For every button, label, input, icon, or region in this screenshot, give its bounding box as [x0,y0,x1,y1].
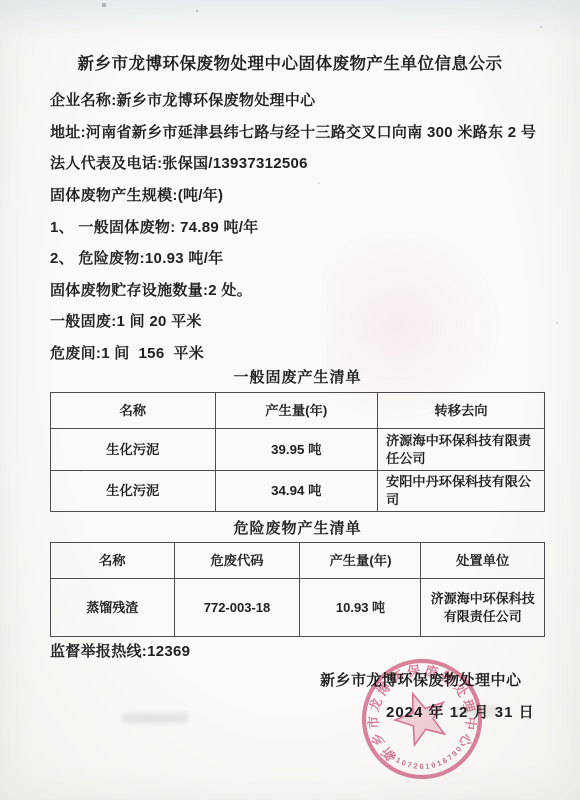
col-header-disposal-unit: 处置单位 [421,543,545,579]
company-seal-stamp: 新乡市龙博环保废物处理中心 4107261018790 [343,640,501,798]
waste-scale-line: 固体废物产生规模:(吨/年) [50,179,542,211]
cell-waste-destination: 安阳中丹环保科技有限公司 [378,471,545,512]
col-header-name: 名称 [51,543,175,579]
general-waste-amount-line: 1、 一般固体废物: 74.89 吨/年 [50,210,542,242]
info-section: 企业名称:新乡市龙博环保废物处理中心 地址:河南省新乡市延津县纬七路与经十三路交… [50,84,542,368]
scan-specks [0,0,2,2]
table-row: 生化污泥 34.94 吨 安阳中丹环保科技有限公司 [51,471,545,512]
hazardous-waste-table-title: 危险废物产生清单 [50,517,545,538]
cell-waste-code: 772-003-18 [174,579,300,637]
hazardous-waste-amount-line: 2、 危险废物:10.93 吨/年 [50,242,542,274]
col-header-name: 名称 [51,393,216,429]
storage-facility-count-line: 固体废物贮存设施数量:2 处。 [50,274,542,306]
table-row: 蒸馏残渣 772-003-18 10.93 吨 济源海中环保科技有限责任公司 [51,579,545,637]
cell-waste-output: 10.93 吨 [300,579,421,637]
col-header-output: 产生量(年) [215,393,378,429]
cell-disposal-unit: 济源海中环保科技有限责任公司 [421,579,545,637]
table-header-row: 名称 产生量(年) 转移去向 [51,393,545,429]
cell-waste-output: 34.94 吨 [215,471,378,512]
cell-waste-name: 蒸馏残渣 [51,579,175,637]
hazardous-waste-table: 名称 危废代码 产生量(年) 处置单位 蒸馏残渣 772-003-18 10.9… [50,542,545,637]
cell-waste-name: 生化污泥 [51,429,216,471]
table-row: 生化污泥 39.95 吨 济源海中环保科技有限责任公司 [51,429,545,471]
general-storage-size-line: 一般固废:1 间 20 平米 [50,305,542,337]
general-waste-table-title: 一般固废产生清单 [50,366,545,387]
hazardous-storage-size-line: 危废间:1 间 156 平米 [50,337,542,369]
faint-bleed-mark [122,713,188,723]
address-line: 地址:河南省新乡市延津县纬七路与经十三路交叉口向南 300 米路东 2 号 [50,116,542,148]
document-title: 新乡市龙博环保废物处理中心固体废物产生单位信息公示 [0,50,580,74]
col-header-code: 危废代码 [174,543,300,579]
seal-star-icon [389,685,454,748]
legal-rep-phone-line: 法人代表及电话:张保国/13937312506 [50,147,542,179]
col-header-output: 产生量(年) [300,543,421,579]
cell-waste-output: 39.95 吨 [215,429,378,471]
cell-waste-destination: 济源海中环保科技有限责任公司 [378,429,545,471]
faint-bleed-mark [456,706,498,716]
cell-waste-name: 生化污泥 [51,471,216,512]
scan-tint [0,0,580,42]
report-hotline: 监督举报热线:12369 [50,640,190,661]
scanned-document-page: 新乡市龙博环保废物处理中心固体废物产生单位信息公示 企业名称:新乡市龙博环保废物… [0,0,580,800]
col-header-destination: 转移去向 [378,393,545,429]
company-name-line: 企业名称:新乡市龙博环保废物处理中心 [50,84,542,116]
table-header-row: 名称 危废代码 产生量(年) 处置单位 [51,543,545,579]
general-waste-table: 名称 产生量(年) 转移去向 生化污泥 39.95 吨 济源海中环保科技有限责任… [50,392,545,512]
